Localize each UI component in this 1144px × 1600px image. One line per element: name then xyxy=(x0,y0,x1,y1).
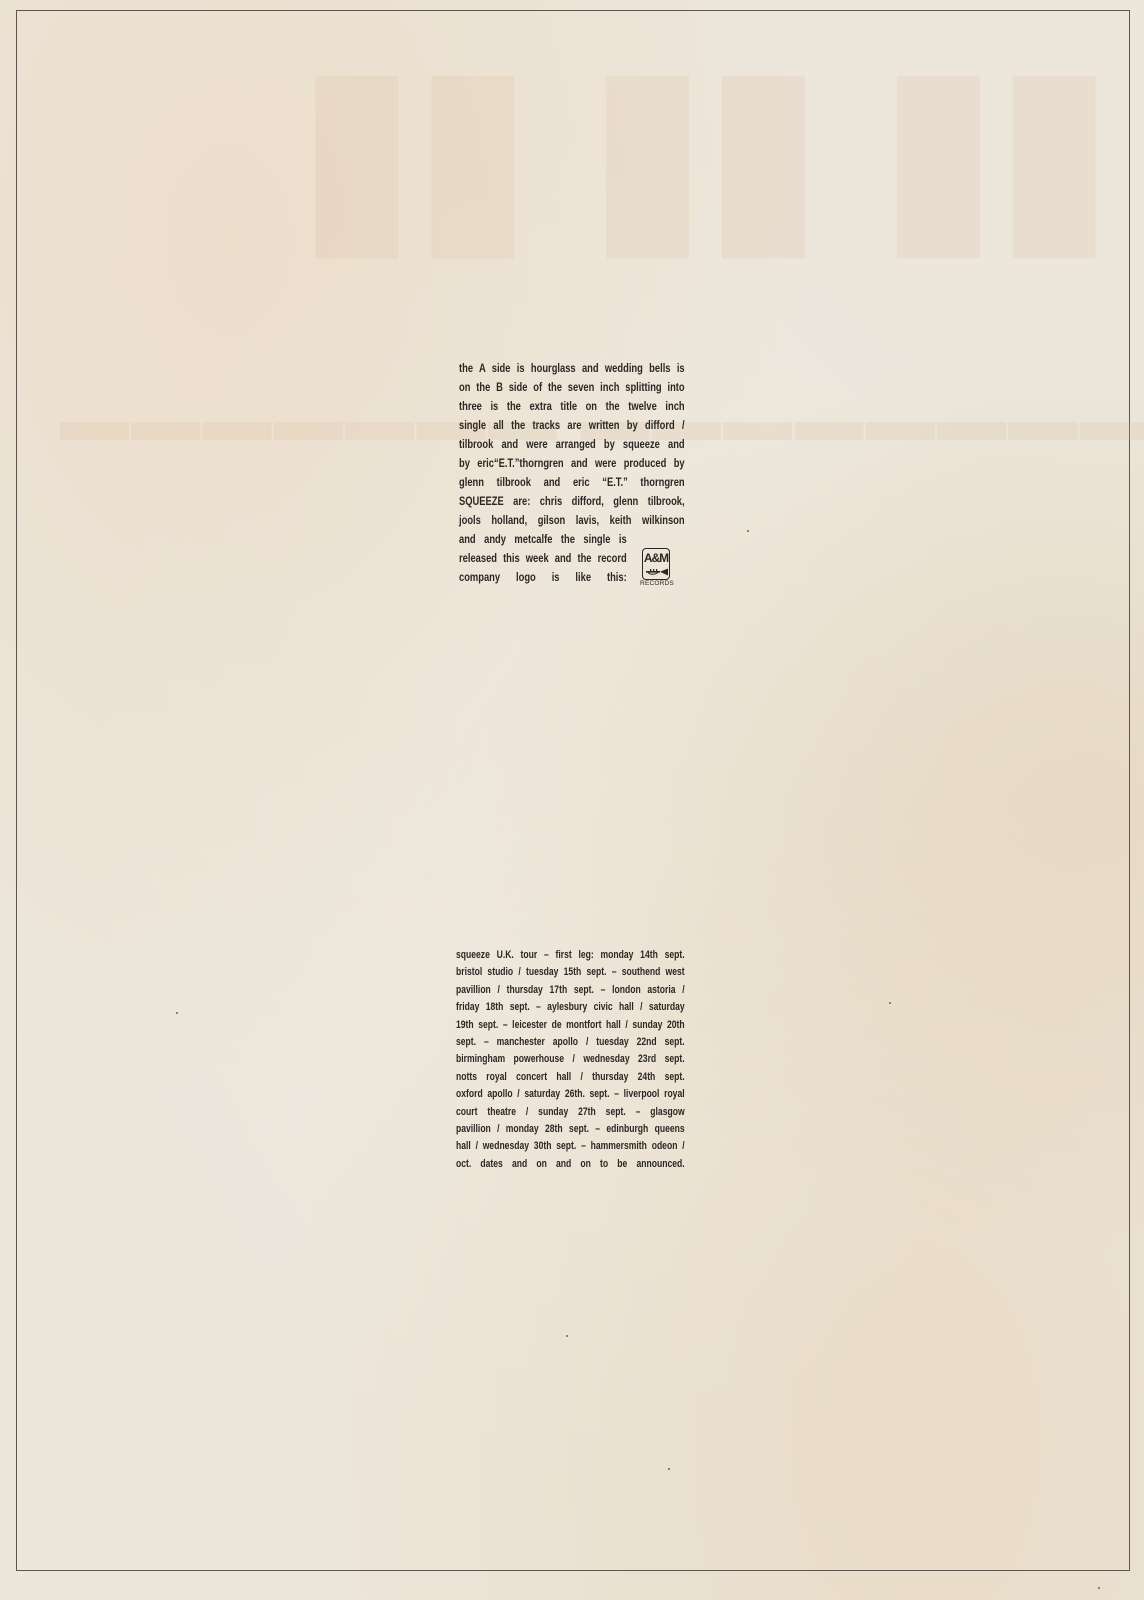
tour-line: oxford apollo / saturday 26th. sept. – l… xyxy=(456,1086,685,1103)
trumpet-icon xyxy=(646,568,668,576)
logo-caption: RECORDS xyxy=(639,580,675,587)
blurb-line: released this week and the record xyxy=(459,549,627,568)
blurb-line: tilbrook and were arranged by squeeze an… xyxy=(459,435,685,454)
tour-line: squeeze U.K. tour – first leg: monday 14… xyxy=(456,947,685,964)
tour-line: bristol studio / tuesday 15th sept. – so… xyxy=(456,964,685,981)
tour-line: birmingham powerhouse / wednesday 23rd s… xyxy=(456,1051,685,1068)
logo-box: A&M xyxy=(642,548,670,580)
tour-dates-block: squeeze U.K. tour – first leg: monday 14… xyxy=(456,947,685,1173)
blurb-line: company logo is like this: xyxy=(459,568,627,587)
am-records-logo: A&M RECORDS xyxy=(641,548,673,590)
paper-speck xyxy=(889,1002,891,1004)
tour-line: sept. – manchester apollo / tuesday 22nd… xyxy=(456,1034,685,1051)
tour-line: hall / wednesday 30th sept. – hammersmit… xyxy=(456,1138,685,1155)
blurb-line: and andy metcalfe the single is xyxy=(459,530,627,549)
tour-line: notts royal concert hall / thursday 24th… xyxy=(456,1069,685,1086)
blurb-line: the A side is hourglass and wedding bell… xyxy=(459,359,685,378)
blurb-line: jools holland, gilson lavis, keith wilki… xyxy=(459,511,685,530)
blurb-line: three is the extra title on the twelve i… xyxy=(459,397,685,416)
blurb-line: on the B side of the seven inch splittin… xyxy=(459,378,685,397)
page-border xyxy=(16,10,1130,1571)
paper-speck xyxy=(668,1468,670,1470)
tour-line: 19th sept. – leicester de montfort hall … xyxy=(456,1017,685,1034)
tour-line: pavillion / monday 28th sept. – edinburg… xyxy=(456,1121,685,1138)
blurb-line: glenn tilbrook and eric “E.T.” thorngren xyxy=(459,473,685,492)
blurb-line: single all the tracks are written by dif… xyxy=(459,416,685,435)
tour-line: oct. dates and on and on to be announced… xyxy=(456,1156,685,1173)
paper-speck xyxy=(747,530,749,532)
paper-speck xyxy=(566,1335,568,1337)
paper-speck xyxy=(1098,1587,1100,1589)
blurb-line: by eric“E.T.”thorngren and were produced… xyxy=(459,454,685,473)
tour-line: pavillion / thursday 17th sept. – london… xyxy=(456,982,685,999)
tour-line: court theatre / sunday 27th sept. – glas… xyxy=(456,1104,685,1121)
logo-mark: A&M xyxy=(643,551,669,565)
blurb-line: SQUEEZE are: chris difford, glenn tilbro… xyxy=(459,492,685,511)
paper-speck xyxy=(176,1012,178,1014)
tour-line: friday 18th sept. – aylesbury civic hall… xyxy=(456,999,685,1016)
